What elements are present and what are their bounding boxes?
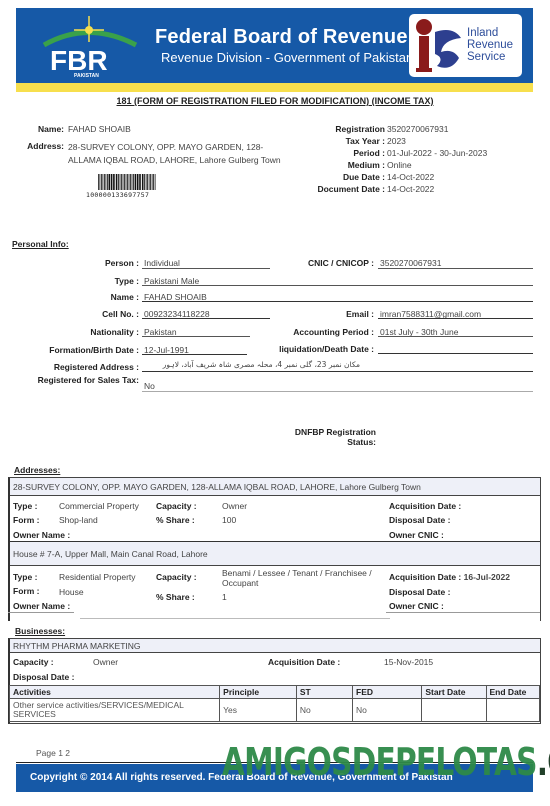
address-share-value: 1 (222, 592, 227, 602)
activities-column-header: Start Date (422, 686, 486, 699)
activities-column-header: Activities (10, 686, 220, 699)
activities-row: Other service activities/SERVICES/MEDICA… (10, 699, 540, 722)
cnic-value: 3520270067931 (380, 258, 441, 268)
address-owner-name-label: Owner Name : (13, 601, 70, 611)
address-row-title: 28-SURVEY COLONY, OPP. MAYO GARDEN, 128-… (10, 478, 540, 496)
birth-date-label: Formation/Birth Date : (20, 345, 139, 355)
dnfbp-label: DNFBP Registration Status: (270, 427, 376, 447)
address-share-label: % Share : (156, 592, 195, 602)
registration-label: Registration (305, 124, 385, 136)
business-disposal-label: Disposal Date : (13, 672, 74, 682)
death-date-label: liquidation/Death Date : (260, 344, 374, 354)
accounting-period-label: Accounting Period : (260, 327, 374, 337)
document-date-value: 14-Oct-2022 (387, 184, 487, 196)
irs-logo: Inland Revenue Service (409, 14, 522, 77)
header-banner: FBR PAKISTAN Federal Board of Revenue Re… (16, 8, 533, 83)
address-acquisition: Acquisition Date : 16-Jul-2022 (389, 572, 510, 582)
activities-cell: Yes (220, 699, 297, 722)
medium-value: Online (387, 160, 487, 172)
address-form-value: Shop-land (59, 515, 98, 525)
address-row-title: House # 7-A, Upper Mall, Main Canal Road… (10, 542, 540, 566)
medium-label: Medium : (305, 160, 385, 172)
tax-year-label: Tax Year : (305, 136, 385, 148)
summary-address-label: Address: (10, 141, 64, 151)
address-disposal-label: Disposal Date : (389, 587, 450, 597)
irs-emblem-icon (413, 18, 465, 74)
summary-name: FAHAD SHOAIB (68, 124, 131, 134)
personal-info-title: Personal Info: (12, 239, 69, 249)
activities-column-header: ST (296, 686, 352, 699)
activities-cell (486, 699, 539, 722)
svg-text:PAKISTAN: PAKISTAN (74, 73, 99, 78)
period-label: Period : (305, 148, 385, 160)
summary-labels: Registration Tax Year : Period : Medium … (305, 124, 385, 196)
address-share-value: 100 (222, 515, 236, 525)
address-owner-cnic-label: Owner CNIC : (389, 601, 444, 611)
addresses-title: Addresses: (14, 465, 60, 475)
barcode-icon (98, 174, 156, 190)
svg-text:FBR: FBR (50, 45, 108, 76)
irs-text: Inland Revenue Service (467, 27, 513, 63)
org-subtitle: Revenue Division - Government of Pakista… (161, 50, 413, 65)
address-owner-cnic-label: Owner CNIC : (389, 530, 444, 540)
business-capacity-value: Owner (93, 657, 118, 667)
due-date-label: Due Date : (305, 172, 385, 184)
registered-address-label: Registered Address : (20, 362, 139, 372)
business-capacity-label: Capacity : (13, 657, 54, 667)
registered-address-value: مکان نمبر 23، گلی نمبر 4، محلہ مصری شاہ … (142, 360, 360, 369)
address-capacity-value: Benami / Lessee / Tenant / Franchisee / … (222, 568, 386, 588)
address-share-label: % Share : (156, 515, 195, 525)
page-number: Page 1 2 (36, 748, 70, 758)
activities-column-header: FED (353, 686, 422, 699)
address-form-value: House (59, 587, 84, 597)
cnic-label: CNIC / CNICOP : (280, 258, 374, 268)
summary-values: 3520270067931 2023 01-Jul-2022 - 30-Jun-… (387, 124, 487, 196)
summary-address: 28-SURVEY COLONY, OPP. MAYO GARDEN, 128-… (68, 141, 281, 167)
address-form-label: Form : (13, 515, 39, 525)
due-date-value: 14-Oct-2022 (387, 172, 487, 184)
tax-year-value: 2023 (387, 136, 487, 148)
address-form-label: Form : (13, 586, 39, 596)
address-disposal-label: Disposal Date : (389, 515, 450, 525)
person-value: Individual (144, 258, 180, 268)
nationality-label: Nationality : (40, 327, 139, 337)
activities-header-row: ActivitiesPrincipleSTFEDStart DateEnd Da… (10, 686, 540, 699)
activities-column-header: Principle (220, 686, 297, 699)
watermark: AMIGOSDEPELOTAS.COM (222, 740, 550, 784)
summary-name-label: Name: (20, 124, 64, 134)
barcode-number: 100000133697757 (86, 191, 149, 199)
cell-label: Cell No. : (40, 309, 139, 319)
business-acquisition-label: Acquisition Date : (268, 657, 340, 667)
address-capacity-value: Owner (222, 501, 247, 511)
fbr-star-icon: FBR PAKISTAN (36, 12, 141, 78)
address-type-label: Type : (13, 501, 37, 511)
type-label: Type : (40, 276, 139, 286)
email-label: Email : (280, 309, 374, 319)
address-capacity-label: Capacity : (156, 501, 197, 511)
fbr-logo: FBR PAKISTAN (36, 12, 141, 78)
activities-column-header: End Date (486, 686, 539, 699)
period-value: 01-Jul-2022 - 30-Jun-2023 (387, 148, 487, 160)
person-label: Person : (40, 258, 139, 268)
address-type-value: Commercial Property (59, 501, 139, 511)
business-name: RHYTHM PHARMA MARKETING (10, 639, 540, 653)
header-accent-stripe (16, 83, 533, 92)
registration-value: 3520270067931 (387, 124, 487, 136)
addresses-table: 28-SURVEY COLONY, OPP. MAYO GARDEN, 128-… (8, 477, 541, 621)
business-acquisition-value: 15-Nov-2015 (384, 657, 433, 667)
activities-cell: Other service activities/SERVICES/MEDICA… (10, 699, 220, 722)
address-capacity-label: Capacity : (156, 572, 197, 582)
form-title: 181 (FORM OF REGISTRATION FILED FOR MODI… (0, 96, 550, 106)
sales-tax-value: No (144, 381, 155, 391)
address-owner-name-label: Owner Name : (13, 530, 70, 540)
activities-cell: No (296, 699, 352, 722)
address-acquisition-label: Acquisition Date : (389, 501, 461, 511)
org-name: Federal Board of Revenue (155, 26, 408, 49)
address-type-value: Residential Property (59, 572, 136, 582)
activities-cell: No (353, 699, 422, 722)
businesses-table: RHYTHM PHARMA MARKETING Capacity : Owner… (8, 638, 541, 724)
sales-tax-label: Registered for Sales Tax: (10, 375, 139, 385)
address-type-label: Type : (13, 572, 37, 582)
name-label: Name : (40, 292, 139, 302)
businesses-title: Businesses: (15, 626, 65, 636)
activities-cell (422, 699, 486, 722)
activities-table: ActivitiesPrincipleSTFEDStart DateEnd Da… (9, 685, 540, 722)
document-date-label: Document Date : (305, 184, 385, 196)
